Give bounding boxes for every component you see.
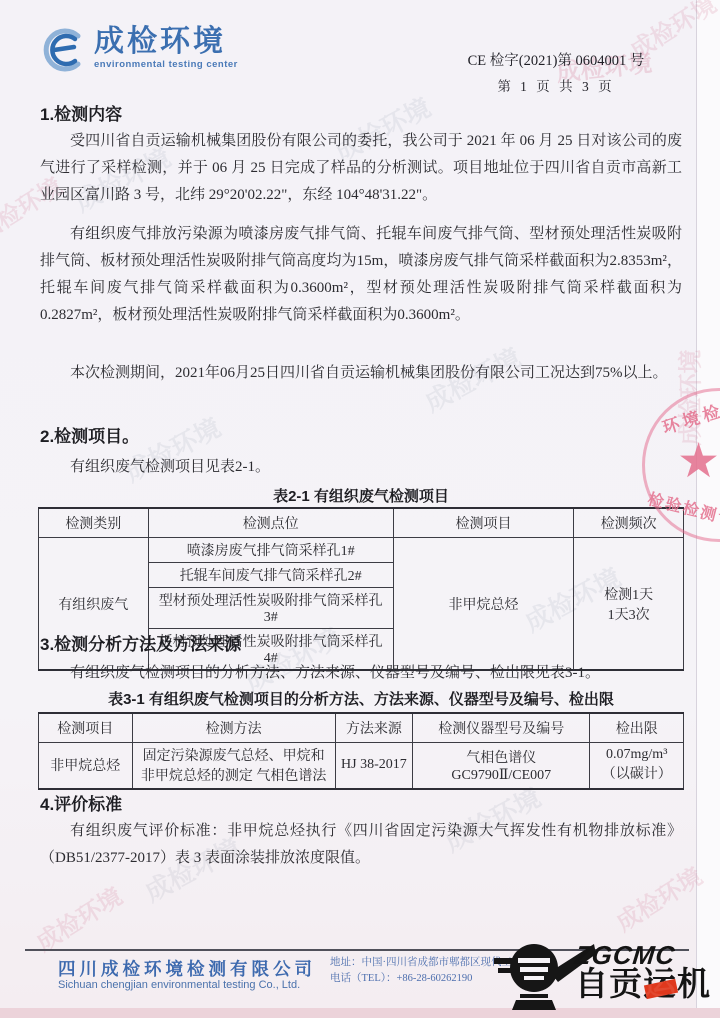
section-4-heading: 4.评价标准 xyxy=(40,790,122,815)
report-body: 1.检测内容 受四川省自贡运输机械集团股份有限公司的委托，我公司于 2021 年… xyxy=(0,0,720,1018)
table-row: 有组织废气 喷漆房废气排气筒采样孔1# 非甲烷总烃 检测1天 1天3次 xyxy=(39,538,684,563)
table-2-1-header-point: 检测点位 xyxy=(148,508,393,538)
zgcmc-brand-block: ZGCMC 自贡运机 xyxy=(575,942,720,1001)
limit-line-2: （以碳计） xyxy=(595,763,678,783)
limit-line-1: 0.07mg/m³ xyxy=(595,747,678,763)
table-row: 非甲烷总烃 固定污染源废气总烃、甲烷和非甲烷总烃的测定 气相色谱法 HJ 38-… xyxy=(39,743,684,789)
section-2-heading: 2.检测项目。 xyxy=(40,422,139,447)
table-2-1-point-3: 型材预处理活性炭吸附排气筒采样孔3# xyxy=(148,588,393,629)
table-2-1-header-item: 检测项目 xyxy=(393,508,574,538)
star-icon: ★ xyxy=(677,433,720,489)
table-3-1: 检测项目 检测方法 方法来源 检测仪器型号及编号 检出限 非甲烷总烃 固定污染源… xyxy=(38,712,684,790)
footer-company-name-en: Sichuan chengjian environmental testing … xyxy=(58,979,300,991)
table-3-1-header-item: 检测项目 xyxy=(39,713,133,743)
table-3-1-source-cell: HJ 38-2017 xyxy=(335,743,412,789)
frequency-line-1: 检测1天 xyxy=(579,584,678,604)
section-1-heading: 1.检测内容 xyxy=(40,100,122,125)
section-4-paragraph-1: 有组织废气评价标准：非甲烷总烃执行《四川省固定污染源大气挥发性有机物排放标准》（… xyxy=(40,818,682,872)
table-2-1-header-category: 检测类别 xyxy=(39,508,149,538)
section-3-heading: 3.检测分析方法及方法来源 xyxy=(40,630,241,655)
table-3-1-method-cell: 固定污染源废气总烃、甲烷和非甲烷总烃的测定 气相色谱法 xyxy=(132,743,335,789)
table-3-1-header-limit: 检出限 xyxy=(590,713,684,743)
section-3-paragraph-1: 有组织废气检测项目的分析方法、方法来源、仪器型号及编号、检出限见表3-1。 xyxy=(40,660,682,687)
table-3-1-instrument-cell: 气相色谱仪 GC9790Ⅱ/CE007 xyxy=(413,743,590,789)
instrument-line-2: GC9790Ⅱ/CE007 xyxy=(418,767,584,784)
table-2-1-point-2: 托辊车间废气排气筒采样孔2# xyxy=(148,563,393,588)
table-3-1-header-source: 方法来源 xyxy=(335,713,412,743)
table-3-1-limit-cell: 0.07mg/m³ （以碳计） xyxy=(590,743,684,789)
table-2-1-item-cell: 非甲烷总烃 xyxy=(393,538,574,671)
frequency-line-2: 1天3次 xyxy=(579,604,678,624)
table-3-1-header-method: 检测方法 xyxy=(132,713,335,743)
table-2-1-title: 表2-1 有组织废气检测项目 xyxy=(38,485,684,506)
section-1-paragraph-1: 受四川省自贡运输机械集团股份有限公司的委托，我公司于 2021 年 06 月 2… xyxy=(40,128,682,209)
table-3-1-title: 表3-1 有组织废气检测项目的分析方法、方法来源、仪器型号及编号、检出限 xyxy=(38,688,684,709)
brand-abbr: ZGCMC xyxy=(574,942,720,968)
table-2-1-point-1: 喷漆房废气排气筒采样孔1# xyxy=(148,538,393,563)
section-1-paragraph-2: 有组织废气排放污染源为喷漆房废气排气筒、托辊车间废气排气筒、型材预处理活性炭吸附… xyxy=(40,221,682,329)
footer-company-name-cn: 四川成检环境检测有限公司 xyxy=(58,956,316,981)
instrument-line-1: 气相色谱仪 xyxy=(418,747,584,767)
section-2-paragraph-1: 有组织废气检测项目见表2-1。 xyxy=(40,454,682,481)
document-page: 成检环境 成检环境 成检环境 成检环境 成检环境 成检环境 成检环境 成检环境 … xyxy=(0,0,720,1018)
table-2-1-frequency-cell: 检测1天 1天3次 xyxy=(574,538,684,671)
section-1-paragraph-3: 本次检测期间，2021年06月25日四川省自贡运输机械集团股份有限公司工况达到7… xyxy=(40,360,682,387)
table-3-1-header-instrument: 检测仪器型号及编号 xyxy=(413,713,590,743)
table-3-1-item-cell: 非甲烷总烃 xyxy=(39,743,133,789)
